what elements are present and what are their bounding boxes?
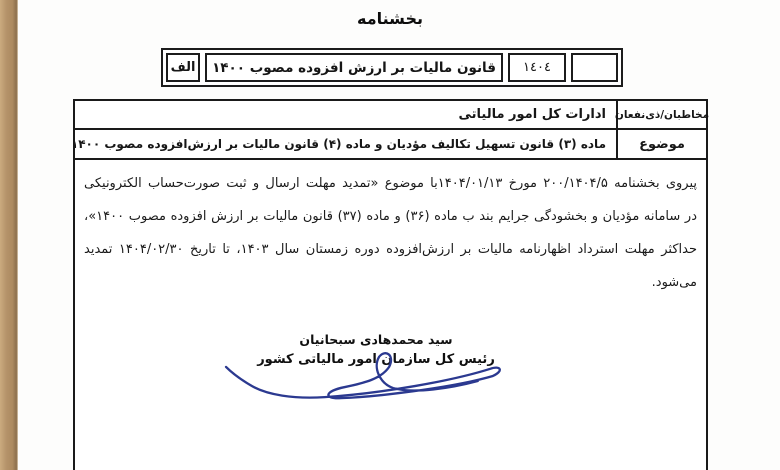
body-line: حداکثر مهلت استرداد اظهارنامه مالیات بر … xyxy=(84,233,697,266)
empty-reference-box xyxy=(571,53,618,82)
body-line: پیروی بخشنامه ۲۰۰/۱۴۰۴/۵ مورخ ۱۴۰۴/۰۱/۱۳… xyxy=(84,167,697,200)
signature-ink-stroke xyxy=(226,353,500,398)
body-line: می‌شود. xyxy=(84,266,697,299)
subject-value: ماده (۳) قانون تسهیل تکالیف مؤدیان و ماد… xyxy=(75,130,616,158)
document-title: بخشنامه xyxy=(0,9,780,28)
recipients-value: ادارات کل امور مالیاتی xyxy=(75,101,616,128)
law-title-box: قانون مالیات بر ارزش افزوده مصوب ۱۴۰۰ xyxy=(205,53,503,82)
body-line: در سامانه مؤدیان و بخشودگی جرایم بند ب م… xyxy=(84,200,697,233)
letter-body: پیروی بخشنامه ۲۰۰/۱۴۰۴/۵ مورخ ۱۴۰۴/۰۱/۱۳… xyxy=(75,160,706,299)
classification-box: الف xyxy=(166,53,200,82)
recipients-label: مخاطبان/ذی‌نفعان xyxy=(616,101,706,128)
subject-label: موضوع xyxy=(616,130,706,158)
scanned-circular-page: { "page": { "title": "بخشنامه" }, "heade… xyxy=(0,0,780,470)
classification-header-row: الف قانون مالیات بر ارزش افزوده مصوب ۱۴۰… xyxy=(161,48,623,87)
page-binding-edge xyxy=(0,0,18,470)
subject-row: ماده (۳) قانون تسهیل تکالیف مؤدیان و ماد… xyxy=(75,130,706,160)
signature-ink xyxy=(222,342,514,416)
year-box: ١٤٠٤ xyxy=(508,53,566,82)
recipients-row: ادارات کل امور مالیاتی مخاطبان/ذی‌نفعان xyxy=(75,101,706,130)
